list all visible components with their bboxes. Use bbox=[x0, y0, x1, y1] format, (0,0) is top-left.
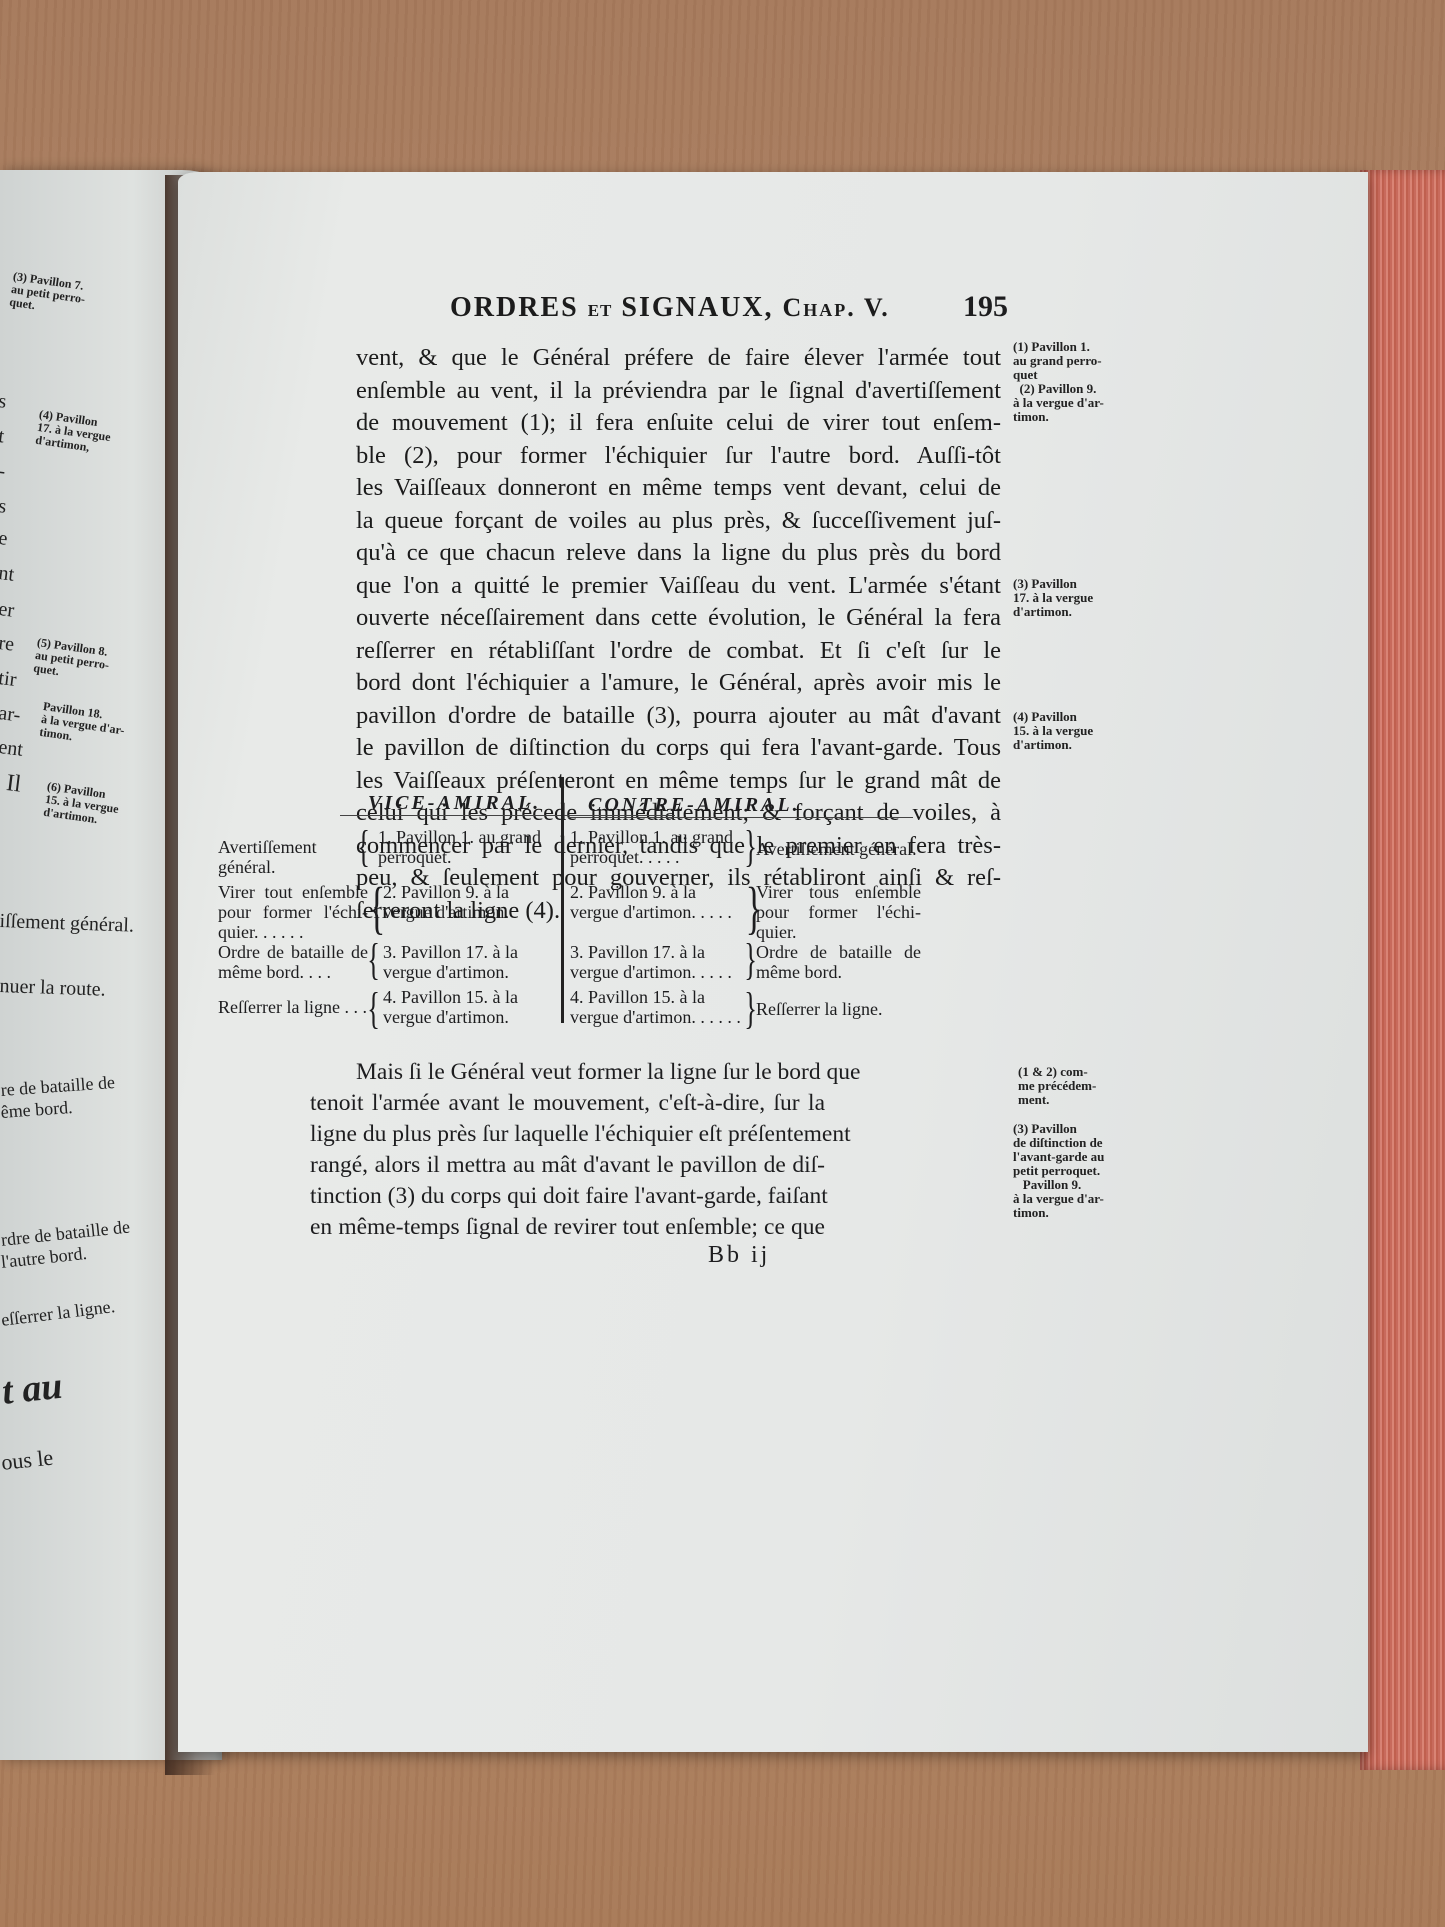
text-line: Mais ſi le Général veut former la ligne … bbox=[310, 1057, 825, 1088]
running-head-et: ET bbox=[588, 301, 613, 320]
signal-flag: 1. Pavillon 1. au grand perroquet. bbox=[378, 827, 553, 867]
left-text-fragment: ous le bbox=[0, 1445, 54, 1476]
margin-note-1-2-comme: (1 & 2) com- me précédem- ment. bbox=[1018, 1065, 1096, 1107]
margin-note-1-2: (1) Pavillon 1. au grand perro- quet (2)… bbox=[1013, 340, 1104, 424]
signal-flag: 2. Pavillon 9. à la vergue d'artimon. bbox=[383, 882, 558, 922]
text-line: vent, & que le Général préfere de faire … bbox=[356, 342, 1001, 375]
signal-meaning: Reſſerrer la ligne . . . bbox=[218, 997, 368, 1017]
signal-flag: 3. Pavillon 17. à la vergue d'artimon. bbox=[383, 942, 558, 982]
signal-meaning: Avertiſſement général. bbox=[218, 837, 358, 877]
text-line: le pavillon de diſtinction du corps qui … bbox=[356, 732, 1001, 765]
left-text-fragment: eſſerrer la ligne. bbox=[0, 1296, 116, 1331]
page-signature: Bb ij bbox=[708, 1242, 770, 1269]
text-line: rangé, alors il mettra au mât d'avant le… bbox=[310, 1150, 825, 1181]
running-head-chapter: Chap. V. bbox=[783, 293, 890, 322]
left-text-fragment: er bbox=[0, 598, 15, 623]
signal-flag: 3. Pavillon 17. à la vergue d'artimon. .… bbox=[570, 942, 742, 982]
text-line: la queue forçant de voiles au plus près,… bbox=[356, 505, 1001, 538]
margin-note-3-distinction: (3) Pavillon de diſtinction de l'avant-g… bbox=[1013, 1122, 1104, 1220]
right-brace-icon: } bbox=[744, 989, 757, 1029]
left-text-fragment: re de bataille de bbox=[0, 1072, 116, 1101]
signal-flag: 4. Pavillon 15. à la vergue d'artimon. .… bbox=[570, 987, 742, 1027]
text-line: les Vaiſſeaux donneront en même temps ve… bbox=[356, 472, 1001, 505]
column-divider bbox=[561, 777, 564, 1023]
left-brace-icon: { bbox=[357, 827, 370, 867]
signal-flag: 4. Pavillon 15. à la vergue d'artimon. bbox=[383, 987, 558, 1027]
left-text-fragment: iſſement général. bbox=[0, 910, 134, 938]
text-line: que l'on a quitté le premier Vaiſſeau du… bbox=[356, 570, 1001, 603]
running-head-title2: SIGNAUX, bbox=[621, 292, 773, 323]
left-text-fragment: ême bord. bbox=[0, 1097, 73, 1123]
left-text-fragment: s bbox=[0, 390, 8, 414]
left-text-fragment: tir bbox=[0, 667, 18, 692]
left-text-fragment: - bbox=[0, 460, 7, 484]
text-line: tenoit l'armée avant le mouvement, c'eſt… bbox=[310, 1088, 825, 1119]
signal-meaning: Virer tous enſemble pour former l'échi-q… bbox=[756, 882, 921, 942]
text-line: ble (2), pour former l'échiquier ſur l'a… bbox=[356, 440, 1001, 473]
left-margin-note: (3) Pavillon 7. au petit perro- quet. bbox=[9, 270, 88, 319]
left-brace-icon: { bbox=[367, 940, 380, 980]
vice-amiral-header: VICE-AMIRAL. bbox=[368, 792, 541, 815]
signal-meaning: Ordre de bataille de même bord. bbox=[756, 942, 921, 982]
left-text-fragment: e bbox=[0, 527, 9, 551]
signal-flag: 1. Pavillon 1. au grand perroquet. . . .… bbox=[570, 827, 742, 867]
text-line: en même-temps ſignal de revirer tout enſ… bbox=[310, 1212, 825, 1243]
left-text-fragment: ar- bbox=[0, 702, 22, 727]
right-brace-icon: } bbox=[744, 940, 757, 980]
page-195: ORDRES ET SIGNAUX, Chap. V. 195 vent, & … bbox=[178, 172, 1368, 1752]
left-margin-note: (4) Pavillon 17. à la vergue d'artimon, bbox=[35, 408, 114, 457]
left-text-fragment: Il bbox=[5, 770, 23, 799]
signal-meaning: Ordre de bataille de même bord. . . . bbox=[218, 942, 368, 982]
left-text-fragment: re bbox=[0, 632, 15, 657]
left-brace-icon: { bbox=[367, 989, 380, 1029]
text-line: bord dont l'échiquier a l'amure, le Géné… bbox=[356, 667, 1001, 700]
text-line: tinction (3) du corps qui doit faire l'a… bbox=[310, 1181, 825, 1212]
text-line: ouverte néceſſairement dans cette évolut… bbox=[356, 602, 1001, 635]
left-text-fragment: s bbox=[0, 495, 8, 519]
red-page-edges bbox=[1360, 170, 1445, 1770]
left-text-fragment: t bbox=[0, 425, 6, 449]
text-line: de mouvement (1); il fera enſuite celui … bbox=[356, 407, 1001, 440]
signal-flag: 2. Pavillon 9. à la vergue d'artimon. . … bbox=[570, 882, 742, 922]
right-brace-icon: } bbox=[744, 827, 757, 867]
left-margin-note: (5) Pavillon 8. au petit perro- quet. bbox=[33, 636, 112, 685]
left-text-fragment: nt bbox=[0, 562, 15, 587]
left-margin-note: (6) Pavillon 15. à la vergue d'artimon. bbox=[43, 780, 122, 829]
signal-meaning: Reſſerrer la ligne. bbox=[756, 999, 921, 1019]
page-number: 195 bbox=[963, 290, 1008, 324]
text-line: pavillon d'ordre de bataille (3), pourra… bbox=[356, 700, 1001, 733]
margin-note-4: (4) Pavillon 15. à la vergue d'artimon. bbox=[1013, 710, 1093, 752]
signal-meaning: Virer tout enſemble pour former l'échi-q… bbox=[218, 882, 368, 942]
header-rule bbox=[568, 817, 913, 818]
margin-note-3: (3) Pavillon 17. à la vergue d'artimon. bbox=[1013, 577, 1093, 619]
left-text-fragment: nuer la route. bbox=[0, 975, 106, 1002]
contre-amiral-header: CONTRE-AMIRAL. bbox=[588, 794, 801, 817]
text-line: qu'à ce que chacun releve dans la ligne … bbox=[356, 537, 1001, 570]
signal-meaning: Avertiſſement général. bbox=[756, 839, 921, 859]
text-line: ligne du plus près ſur laquelle l'échiqu… bbox=[310, 1119, 825, 1150]
text-line: reſſerrer en rétabliſſant l'ordre de com… bbox=[356, 635, 1001, 668]
left-text-fragment: t au bbox=[0, 1364, 64, 1414]
running-head-title: ORDRES bbox=[450, 292, 579, 323]
left-text-fragment: ent bbox=[0, 736, 24, 762]
text-line: enſemble au vent, il la préviendra par l… bbox=[356, 375, 1001, 408]
running-head: ORDRES ET SIGNAUX, Chap. V. bbox=[450, 292, 1190, 324]
second-paragraph: Mais ſi le Général veut former la ligne … bbox=[310, 1057, 825, 1243]
left-margin-note: Pavillon 18. à la vergue d'ar- timon. bbox=[39, 700, 127, 750]
